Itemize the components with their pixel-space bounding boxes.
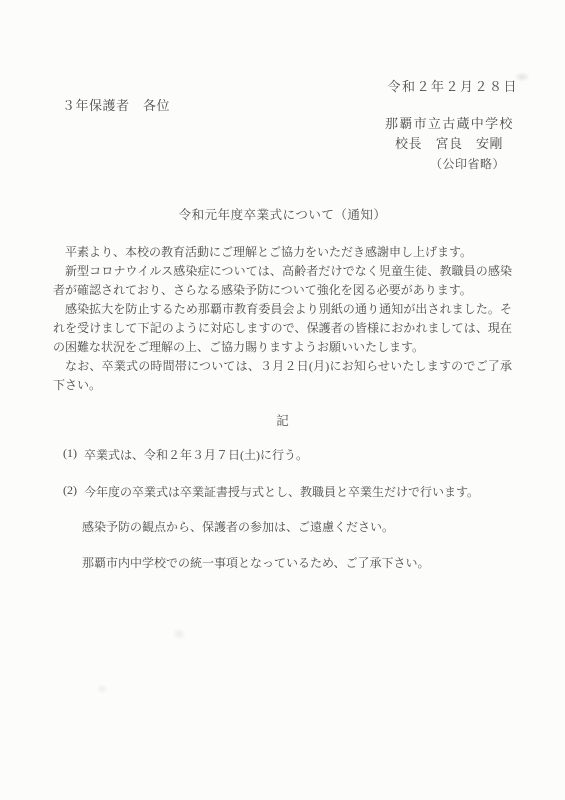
- date-line: 令和２年２月２８日: [387, 76, 518, 95]
- sender-block: 那覇市立古蔵中学校 校長 宮良 安剛 （公印省略）: [385, 114, 514, 174]
- paragraph-greeting: 平素より、本校の教育活動にご理解とご協力をいただき感謝申し上げます。: [53, 243, 512, 262]
- note-citywide-policy: 那覇市内中学校での統一事項となっているため、ご了承下さい。: [82, 554, 430, 571]
- body-paragraphs: 平素より、本校の教育活動にご理解とご協力をいただき感謝申し上げます。 新型コロナ…: [53, 243, 512, 395]
- document-page: 令和２年２月２８日 ３年保護者 各位 那覇市立古蔵中学校 校長 宮良 安剛 （公…: [0, 0, 565, 800]
- sender-principal: 校長 宮良 安剛: [395, 134, 514, 154]
- item-text: 卒業式は、令和２年３月７日(土)に行う。: [84, 446, 308, 463]
- paragraph-covid-situation: 新型コロナウイルス感染症については、高齢者だけでなく児童生徒、教職員の感染者が確…: [53, 262, 512, 300]
- paragraph-board-notice: 感染拡大を防止するため那覇市教育委員会より別紙の通り通知が出されました。それを受…: [53, 300, 512, 357]
- item-marker: (1): [63, 446, 77, 463]
- item-marker: (2): [63, 483, 77, 500]
- list-item-ceremony-date: (1) 卒業式は、令和２年３月７日(土)に行う。: [63, 446, 308, 463]
- list-item-ceremony-format: (2) 今年度の卒業式は卒業証書授与式とし、教職員と卒業生だけで行います。: [63, 483, 479, 500]
- addressee-line: ３年保護者 各位: [62, 95, 170, 114]
- scan-artifact: [172, 628, 186, 640]
- scan-artifact: [96, 684, 108, 694]
- document-title: 令和元年度卒業式について（通知）: [0, 205, 565, 223]
- record-heading: 記: [0, 411, 565, 429]
- item-text: 今年度の卒業式は卒業証書授与式とし、教職員と卒業生だけで行います。: [84, 483, 479, 500]
- note-no-parents: 感染予防の観点から、保護者の参加は、ご遠慮ください。: [82, 518, 394, 535]
- seal-omitted-note: （公印省略）: [430, 154, 514, 174]
- sender-school: 那覇市立古蔵中学校: [385, 114, 514, 134]
- paragraph-time-announcement: なお、卒業式の時間帯については、３月２日(月)にお知らせいたしますのでご了承下さ…: [53, 357, 512, 395]
